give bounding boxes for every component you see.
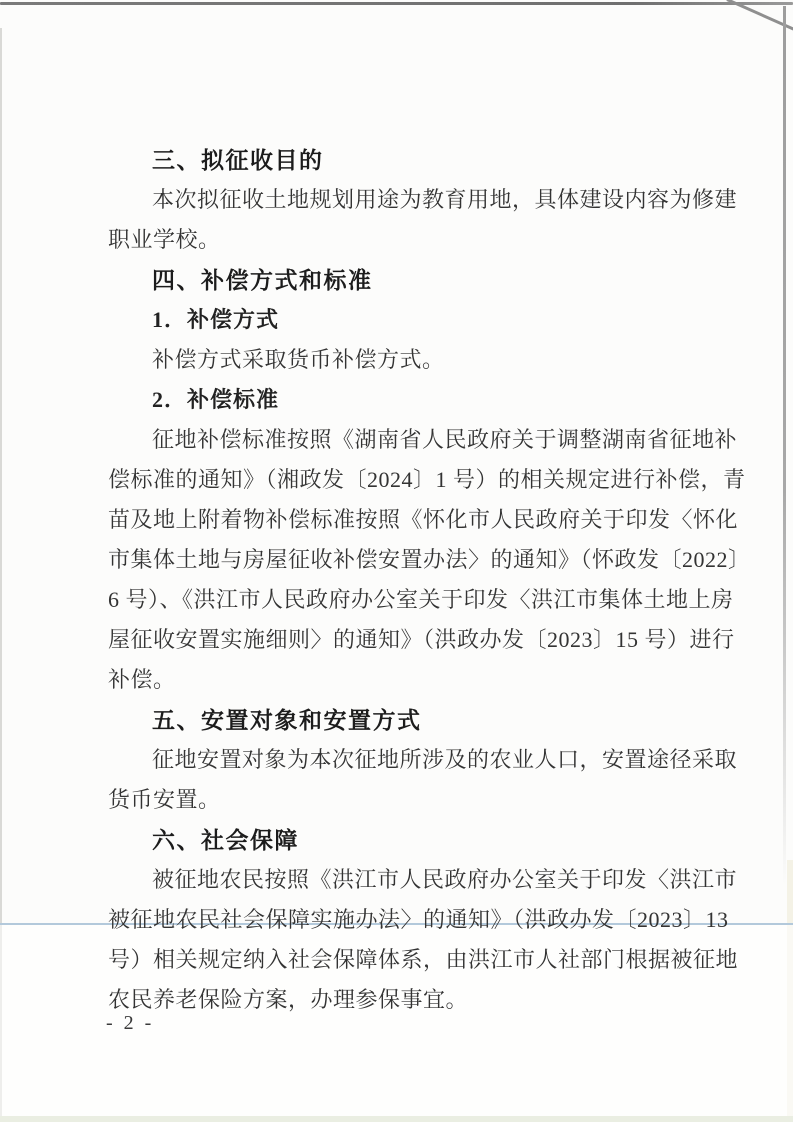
subheading-2: 2．补偿标准 [108, 380, 714, 420]
paragraph-line: 市集体土地与房屋征收补偿安置办法〉的通知》（怀政发〔2022〕 [108, 540, 714, 580]
section-heading-4: 四、补偿方式和标准 [108, 260, 714, 300]
paragraph-line: 职业学校。 [108, 220, 714, 260]
scan-bottom-edge-strip [0, 1116, 793, 1122]
scan-right-edge-tint [787, 860, 793, 1122]
section-heading-6: 六、社会保障 [108, 820, 714, 860]
scan-right-edge-line [783, 6, 786, 886]
paragraph-line: 农民养老保险方案，办理参保事宜。 [108, 980, 714, 1020]
paragraph-line: 苗及地上附着物补偿标准按照《怀化市人民政府关于印发〈怀化 [108, 500, 714, 540]
paragraph-line: 偿标准的通知》（湘政发〔2024〕1 号）的相关规定进行补偿，青 [108, 460, 714, 500]
subheading-1: 1．补偿方式 [108, 300, 714, 340]
section-heading-5: 五、安置对象和安置方式 [108, 700, 714, 740]
scan-top-edge-line [0, 2, 793, 5]
paragraph-line: 号）相关规定纳入社会保障体系，由洪江市人社部门根据被征地 [108, 940, 714, 980]
paragraph-line: 货币安置。 [108, 780, 714, 820]
paragraph-line: 征地补偿标准按照《湖南省人民政府关于调整湖南省征地补 [108, 420, 714, 460]
paragraph-line: 被征地农民社会保障实施办法〉的通知》（洪政办发〔2023〕13 [108, 900, 714, 940]
paragraph-line: 补偿。 [108, 660, 714, 700]
document-body: 三、拟征收目的 本次拟征收土地规划用途为教育用地，具体建设内容为修建 职业学校。… [108, 140, 714, 1020]
scan-left-edge-line [0, 28, 2, 1122]
scanned-document-page: 三、拟征收目的 本次拟征收土地规划用途为教育用地，具体建设内容为修建 职业学校。… [0, 0, 793, 1122]
paragraph-line: 屋征收安置实施细则〉的通知》（洪政办发〔2023〕15 号）进行 [108, 620, 714, 660]
page-number: - 2 - [106, 1012, 154, 1035]
paragraph-line: 补偿方式采取货币补偿方式。 [108, 340, 714, 380]
paragraph-line: 被征地农民按照《洪江市人民政府办公室关于印发〈洪江市 [108, 860, 714, 900]
paragraph-line: 本次拟征收土地规划用途为教育用地，具体建设内容为修建 [108, 180, 714, 220]
section-heading-3: 三、拟征收目的 [108, 140, 714, 180]
paragraph-line: 6 号）、《洪江市人民政府办公室关于印发〈洪江市集体土地上房 [108, 580, 714, 620]
paragraph-line: 征地安置对象为本次征地所涉及的农业人口，安置途径采取 [108, 740, 714, 780]
